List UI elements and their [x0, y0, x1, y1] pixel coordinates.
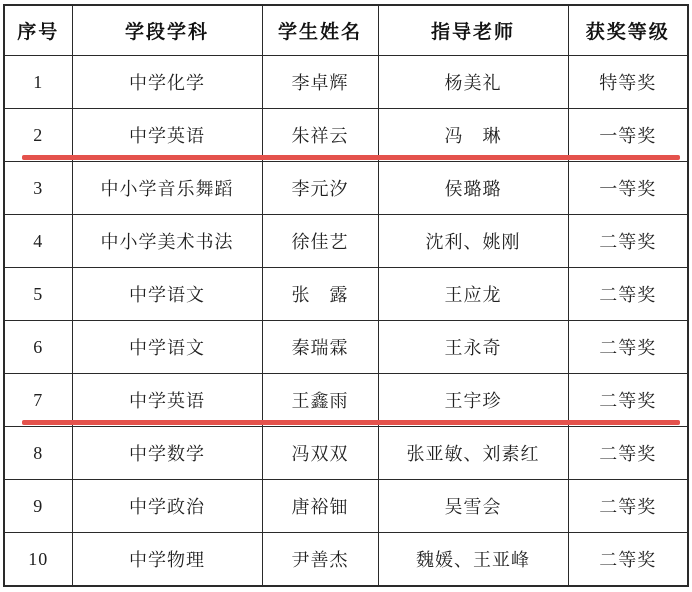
table-row: 9中学政治唐裕钿吴雪会二等奖 [4, 480, 688, 533]
table-row: 4中小学美术书法徐佳艺沈利、姚刚二等奖 [4, 215, 688, 268]
cell-award: 二等奖 [568, 533, 688, 587]
cell-teacher: 沈利、姚刚 [378, 215, 568, 268]
cell-award: 二等奖 [568, 215, 688, 268]
award-table-page: 序号 学段学科 学生姓名 指导老师 获奖等级 1中学化学李卓辉杨美礼特等奖2中学… [0, 0, 692, 592]
cell-index: 3 [4, 162, 72, 215]
cell-award: 二等奖 [568, 321, 688, 374]
cell-student: 张 露 [262, 268, 378, 321]
cell-index: 1 [4, 56, 72, 109]
cell-index: 5 [4, 268, 72, 321]
cell-index: 8 [4, 427, 72, 480]
header-subject: 学段学科 [72, 5, 262, 56]
table-row: 2中学英语朱祥云冯 琳一等奖 [4, 109, 688, 162]
header-student: 学生姓名 [262, 5, 378, 56]
cell-subject: 中小学音乐舞蹈 [72, 162, 262, 215]
cell-award: 二等奖 [568, 480, 688, 533]
cell-subject: 中学数学 [72, 427, 262, 480]
cell-teacher: 侯璐璐 [378, 162, 568, 215]
cell-teacher: 张亚敏、刘素红 [378, 427, 568, 480]
table-row: 10中学物理尹善杰魏媛、王亚峰二等奖 [4, 533, 688, 587]
cell-subject: 中学语文 [72, 321, 262, 374]
cell-student: 秦瑞霖 [262, 321, 378, 374]
cell-index: 4 [4, 215, 72, 268]
cell-index: 6 [4, 321, 72, 374]
table-row: 3中小学音乐舞蹈李元汐侯璐璐一等奖 [4, 162, 688, 215]
cell-teacher: 冯 琳 [378, 109, 568, 162]
table-row: 8中学数学冯双双张亚敏、刘素红二等奖 [4, 427, 688, 480]
cell-teacher: 王永奇 [378, 321, 568, 374]
table-header-row: 序号 学段学科 学生姓名 指导老师 获奖等级 [4, 5, 688, 56]
cell-teacher: 吴雪会 [378, 480, 568, 533]
cell-teacher: 王应龙 [378, 268, 568, 321]
table-row: 1中学化学李卓辉杨美礼特等奖 [4, 56, 688, 109]
table-row: 6中学语文秦瑞霖王永奇二等奖 [4, 321, 688, 374]
cell-teacher: 王宇珍 [378, 374, 568, 427]
cell-subject: 中学语文 [72, 268, 262, 321]
cell-subject: 中学物理 [72, 533, 262, 587]
header-award: 获奖等级 [568, 5, 688, 56]
header-index: 序号 [4, 5, 72, 56]
cell-student: 王鑫雨 [262, 374, 378, 427]
cell-award: 二等奖 [568, 427, 688, 480]
cell-student: 徐佳艺 [262, 215, 378, 268]
cell-award: 一等奖 [568, 109, 688, 162]
cell-subject: 中学化学 [72, 56, 262, 109]
cell-subject: 中学英语 [72, 109, 262, 162]
cell-teacher: 魏媛、王亚峰 [378, 533, 568, 587]
cell-subject: 中学政治 [72, 480, 262, 533]
cell-student: 李元汐 [262, 162, 378, 215]
award-results-table: 序号 学段学科 学生姓名 指导老师 获奖等级 1中学化学李卓辉杨美礼特等奖2中学… [3, 4, 689, 587]
cell-student: 李卓辉 [262, 56, 378, 109]
cell-index: 2 [4, 109, 72, 162]
table-body: 1中学化学李卓辉杨美礼特等奖2中学英语朱祥云冯 琳一等奖3中小学音乐舞蹈李元汐侯… [4, 56, 688, 587]
cell-subject: 中学英语 [72, 374, 262, 427]
cell-student: 朱祥云 [262, 109, 378, 162]
header-teacher: 指导老师 [378, 5, 568, 56]
cell-student: 尹善杰 [262, 533, 378, 587]
cell-subject: 中小学美术书法 [72, 215, 262, 268]
cell-student: 唐裕钿 [262, 480, 378, 533]
table-row: 5中学语文张 露王应龙二等奖 [4, 268, 688, 321]
cell-student: 冯双双 [262, 427, 378, 480]
cell-award: 特等奖 [568, 56, 688, 109]
cell-index: 9 [4, 480, 72, 533]
cell-award: 二等奖 [568, 268, 688, 321]
cell-index: 7 [4, 374, 72, 427]
cell-award: 一等奖 [568, 162, 688, 215]
cell-teacher: 杨美礼 [378, 56, 568, 109]
table-row: 7中学英语王鑫雨王宇珍二等奖 [4, 374, 688, 427]
cell-index: 10 [4, 533, 72, 587]
cell-award: 二等奖 [568, 374, 688, 427]
